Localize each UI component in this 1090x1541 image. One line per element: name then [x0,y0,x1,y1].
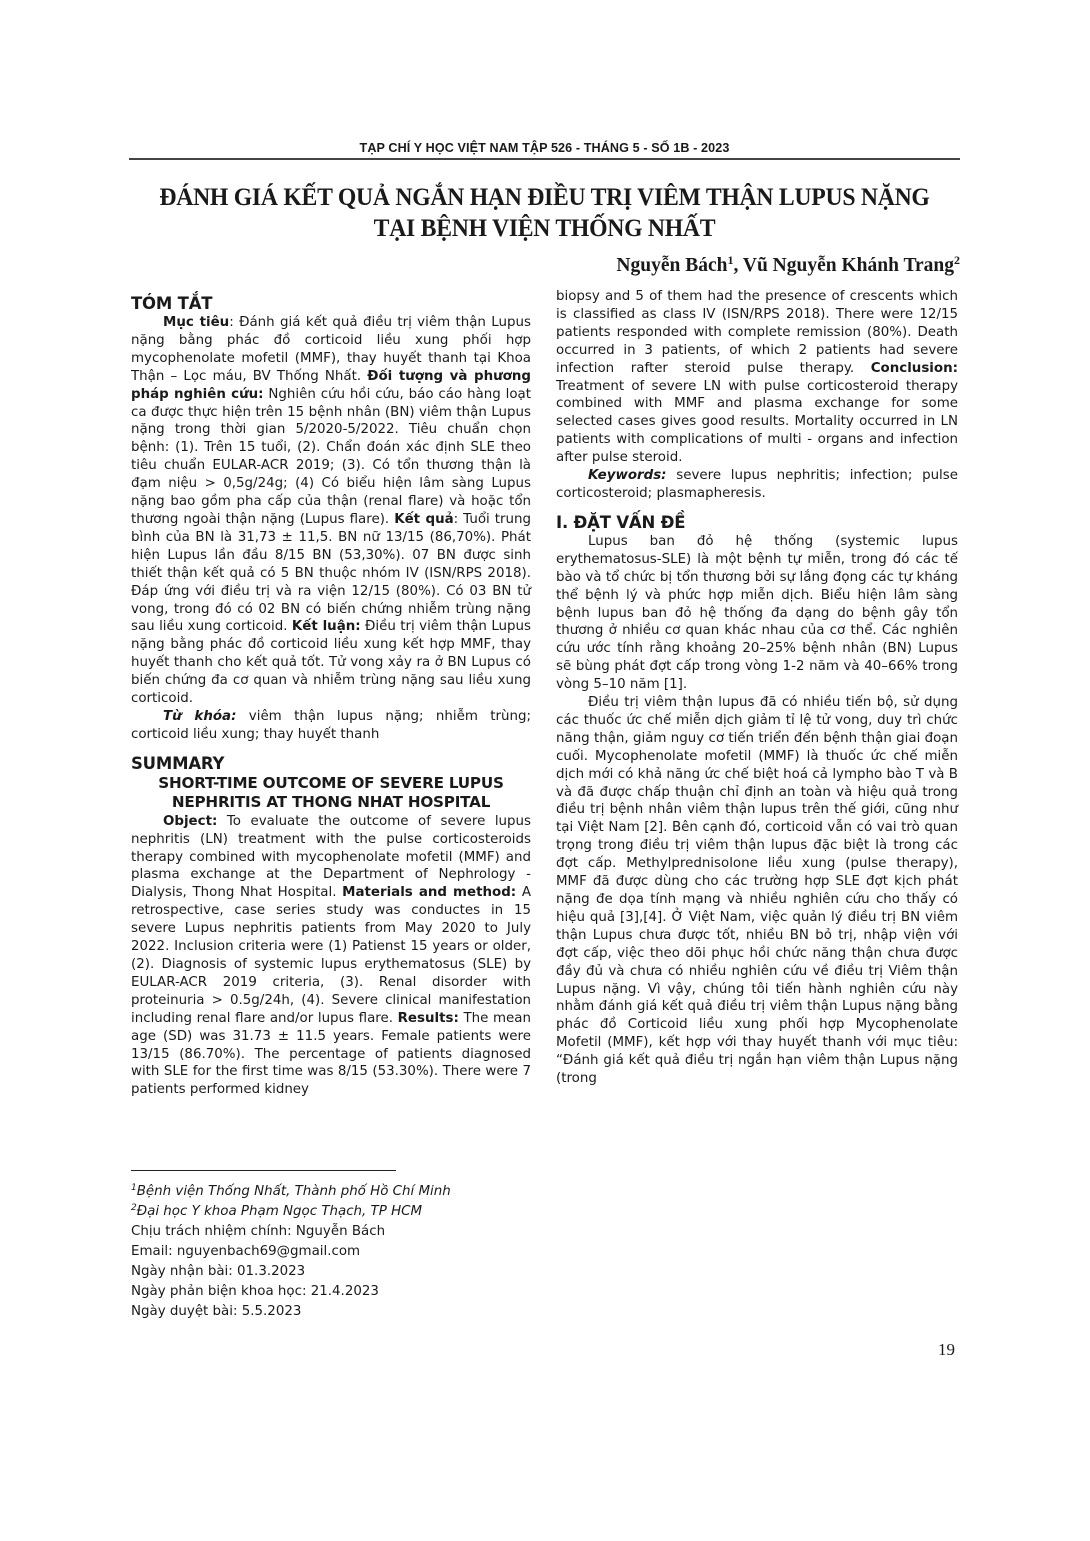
section-1-paragraph-1: Lupus ban đỏ hệ thống (systemic lupus er… [556,533,958,694]
left-column: TÓM TẮT Mục tiêu: Đánh giá kết quả điều … [131,294,531,1099]
abstract-en-continued: biopsy and 5 of them had the presence of… [556,288,958,467]
author-name: Nguyễn Bách [616,255,727,276]
email: Email: nguyenbach69@gmail.com [131,1242,531,1262]
keywords-en-label: Keywords: [588,468,667,483]
keywords-vi: Từ khóa: viêm thận lupus nặng; nhiễm trù… [131,708,531,744]
affiliation-text: Đại học Y khoa Phạm Ngọc Thạch, TP HCM [137,1204,422,1219]
materials-text: A retrospective, case series study was c… [131,885,531,1025]
affiliation-1: 1Bệnh viện Thống Nhất, Thành phố Hồ Chí … [131,1182,531,1202]
objective-label: Mục tiêu [163,315,229,330]
results-text: : Tuổi trung bình của BN là 31,73 ± 11,5… [131,512,531,634]
results-en-label: Results: [398,1011,459,1026]
author-separator: , [733,255,742,276]
conclusion-label: Kết luận: [292,619,361,634]
author-name: Vũ Nguyễn Khánh Trang [743,255,954,276]
abstract-en-heading: SUMMARY [131,754,531,774]
abstract-vi-body: Mục tiêu: Đánh giá kết quả điều trị viêm… [131,314,531,708]
english-title-line-1: SHORT-TIME OUTCOME OF SEVERE LUPUS [131,774,531,794]
affiliation-2: 2Đại học Y khoa Phạm Ngọc Thạch, TP HCM [131,1202,531,1222]
keywords-en: Keywords: severe lupus nephritis; infect… [556,467,958,503]
footnotes: 1Bệnh viện Thống Nhất, Thành phố Hồ Chí … [131,1182,531,1322]
title-line-1: ĐÁNH GIÁ KẾT QUẢ NGẮN HẠN ĐIỀU TRỊ VIÊM … [158,181,931,212]
conclusion-en-label: Conclusion: [871,361,958,376]
accepted-date: Ngày duyệt bài: 5.5.2023 [131,1302,531,1322]
english-title: SHORT-TIME OUTCOME OF SEVERE LUPUS NEPHR… [131,774,531,813]
abstract-en-body: Object: To evaluate the outcome of sever… [131,813,531,1100]
keywords-label: Từ khóa: [163,709,236,724]
article-title: ĐÁNH GIÁ KẾT QUẢ NGẮN HẠN ĐIỀU TRỊ VIÊM … [158,181,931,243]
title-line-2: TẠI BỆNH VIỆN THỐNG NHẤT [158,212,931,243]
received-date: Ngày nhận bài: 01.3.2023 [131,1262,531,1282]
author-list: Nguyễn Bách1, Vũ Nguyễn Khánh Trang2 [616,255,960,277]
materials-label: Materials and method: [342,885,516,900]
journal-page: TẠP CHÍ Y HỌC VIỆT NAM TẬP 526 - THÁNG 5… [0,0,1090,1541]
methods-text: Nghiên cứu hồi cứu, báo cáo hàng loạt ca… [131,387,531,527]
footnote-rule [131,1170,396,1171]
section-1-heading: I. ĐẶT VẤN ĐỀ [556,513,958,533]
reviewed-date: Ngày phản biện khoa học: 21.4.2023 [131,1282,531,1302]
english-title-line-2: NEPHRITIS AT THONG NHAT HOSPITAL [131,793,531,813]
object-label: Object: [163,814,217,829]
affiliation-text: Bệnh viện Thống Nhất, Thành phố Hồ Chí M… [137,1184,451,1199]
page-number: 19 [938,1340,955,1360]
abstract-vi-heading: TÓM TẮT [131,294,531,314]
header-rule [129,158,960,160]
results-label: Kết quả [394,512,453,527]
corresponding-author: Chịu trách nhiệm chính: Nguyễn Bách [131,1222,531,1242]
author-affiliation-mark: 2 [954,253,960,267]
section-1-paragraph-2: Điều trị viêm thận lupus đã có nhiều tiế… [556,694,958,1088]
right-column: biopsy and 5 of them had the presence of… [556,288,958,1088]
running-header: TẠP CHÍ Y HỌC VIỆT NAM TẬP 526 - THÁNG 5… [129,141,960,155]
conclusion-en-text: Treatment of severe LN with pulse cortic… [556,379,958,466]
